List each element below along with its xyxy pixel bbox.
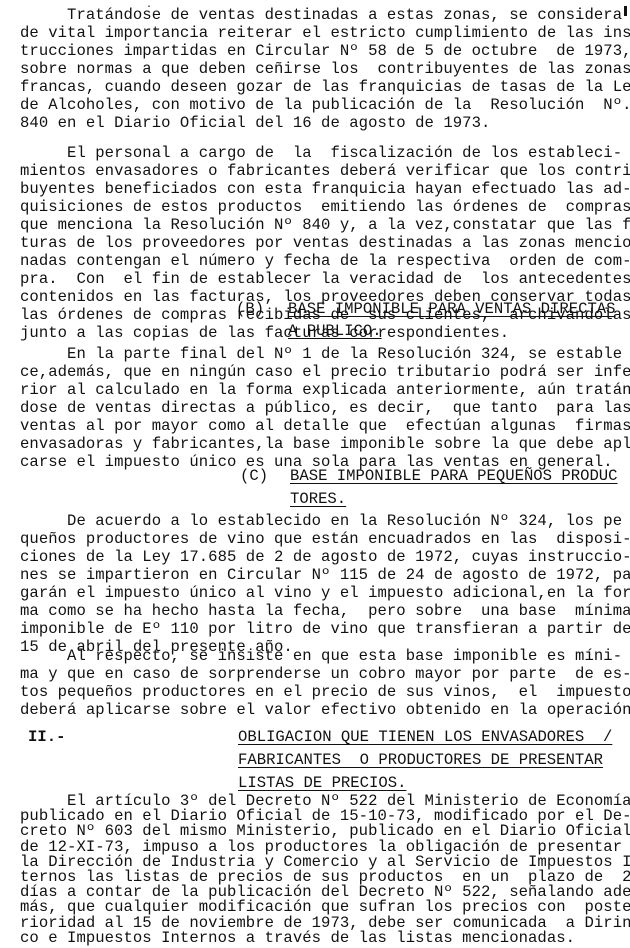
scan-mark — [624, 6, 627, 16]
section-ii-title: LISTAS DE PRECIOS. — [238, 774, 406, 792]
paragraph-2-line: El personal a cargo de la fiscalización … — [20, 144, 622, 162]
paragraph-2-line: pra. Con el fin de establecer la veracid… — [20, 270, 630, 288]
paragraph-1-line: francas, cuando deseen gozar de las fran… — [20, 78, 630, 96]
section-c-line-2: deberá aplicarse sobre el valor efectivo… — [20, 701, 630, 719]
paragraph-2-line: quisiciones de estos productos emitiendo… — [20, 198, 630, 216]
section-b-title: A PUBLICO. — [288, 322, 382, 340]
paragraph-1-line: Tratándose de ventas destinadas a estas … — [20, 6, 622, 24]
section-b-line: dose de ventas directas a público, es de… — [20, 399, 630, 417]
section-c-line: De acuerdo a lo establecido en la Resolu… — [20, 512, 622, 530]
section-b-label: (B) — [236, 300, 264, 318]
section-c-title: TORES. — [290, 490, 346, 508]
section-b-line: envasadoras y fabricantes,la base imponi… — [20, 435, 630, 453]
paragraph-1-line: 840 en el Diario Oficial del 16 de agost… — [20, 114, 490, 132]
paragraph-2-line: que menciona la Resolución Nº 840 y, a l… — [20, 216, 630, 234]
section-c-line: nes se impartieron en Circular Nº 115 de… — [20, 566, 630, 584]
section-c-line: queños productores de vino que están enc… — [20, 530, 630, 548]
section-ii-title: OBLIGACION QUE TIENEN LOS ENVASADORES / — [238, 728, 612, 746]
section-c-label: (C) — [240, 467, 268, 485]
section-ii-title: FABRICANTES O PRODUCTORES DE PRESENTAR — [238, 751, 603, 769]
section-c-line-2: ma y que en caso de sorprenderse un cobr… — [20, 665, 630, 683]
section-c-line-2: Al respecto, se insiste en que esta base… — [20, 647, 622, 665]
paragraph-2-line: junto a las copias de las facturas corre… — [20, 324, 509, 342]
section-c-line: imponible de Eº 110 por litro de vino qu… — [20, 620, 630, 638]
section-c-line: garán el impuesto único al vino y el imp… — [20, 584, 630, 602]
paragraph-1-line: de vital importancia reiterar el estrict… — [20, 24, 630, 42]
section-c-line: ma como se ha hecho hasta la fecha, pero… — [20, 602, 630, 620]
section-ii-label: II.- — [28, 728, 65, 746]
section-b-line: ce,además, que en ningún caso el precio … — [20, 363, 630, 381]
paragraph-2-line: mientos envasadores o fabricantes deberá… — [20, 162, 630, 180]
paragraph-2-line: buyentes beneficiados con esta franquici… — [20, 180, 630, 198]
section-c-line: ciones de la Ley 17.685 de 2 de agosto d… — [20, 548, 630, 566]
section-b-line: rior al calculado en la forma explicada … — [20, 381, 630, 399]
section-b-title: BASE IMPONIBLE PARA VENTAS DIRECTAS — [288, 300, 616, 318]
section-c-line-2: tos pequeños productores en el precio de… — [20, 683, 630, 701]
section-b-line: ventas al por mayor como al detalle que … — [20, 417, 630, 435]
section-c-title: BASE IMPONIBLE PARA PEQUEÑOS PRODUC — [290, 467, 618, 485]
document-page: · Tratándose de ventas destinadas a esta… — [0, 0, 630, 948]
paragraph-2-line: turas de los proveedores por ventas dest… — [20, 234, 630, 252]
paragraph-2-line: nadas contengan el número y fecha de la … — [20, 252, 630, 270]
paragraph-1-line: sobre normas a que deben ceñirse los con… — [20, 60, 630, 78]
section-b-line: En la parte final del Nº 1 de la Resoluc… — [20, 345, 622, 363]
section-ii-line: co e Impuestos Internos a través de las … — [20, 929, 575, 947]
paragraph-1-line: trucciones impartidas en Circular Nº 58 … — [20, 42, 630, 60]
paragraph-1-line: de Alcoholes, con motivo de la publicaci… — [20, 96, 630, 114]
